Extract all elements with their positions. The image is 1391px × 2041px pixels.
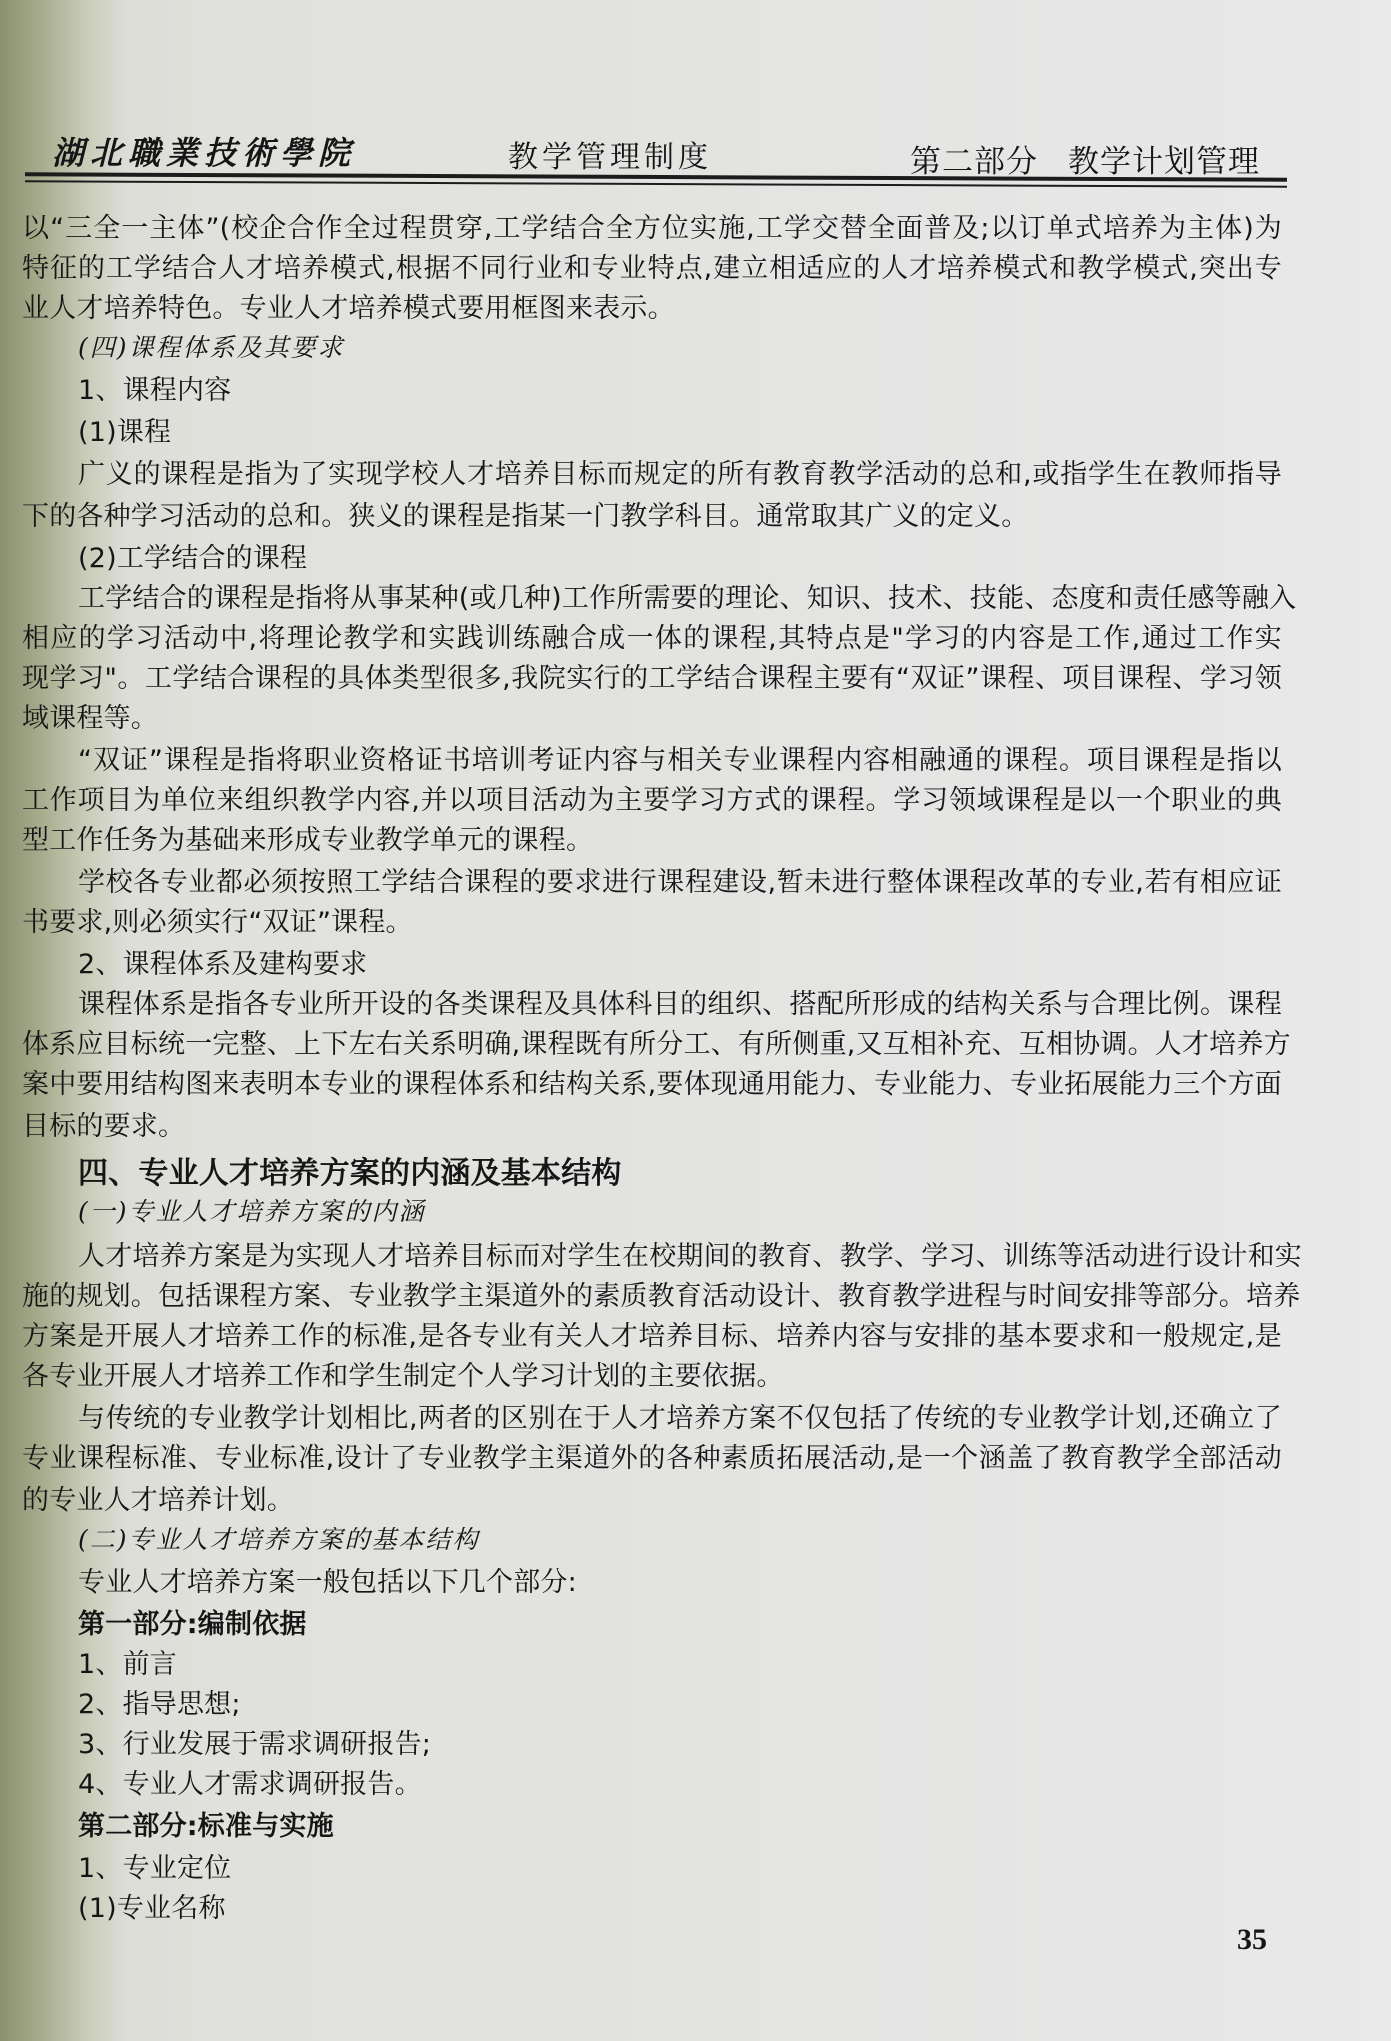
paragraph-line: 专业课程标准、专业标准,设计了专业教学主渠道外的各种素质拓展活动,是一个涵盖了教… <box>22 1436 1282 1475</box>
paragraph-line: 方案是开展人才培养工作的标准,是各专业有关人才培养目标、培养内容与安排的基本要求… <box>22 1314 1282 1353</box>
school-name: 湖北職業技術學院 <box>52 128 356 174</box>
paragraph-line: 工作项目为单位来组织教学内容,并以项目活动为主要学习方式的课程。学习领域课程是以… <box>22 778 1282 817</box>
paragraph-line: “双证”课程是指将职业资格证书培训考证内容与相关专业课程内容相融通的课程。项目课… <box>78 738 1282 777</box>
list-item: 1、前言 <box>78 1642 177 1681</box>
item-heading: 1、课程内容 <box>78 368 231 407</box>
section-title: 教学计划管理 <box>1068 144 1260 180</box>
list-item: 3、行业发展于需求调研报告; <box>78 1722 431 1761</box>
page-number: 35 <box>1237 1923 1267 1957</box>
paragraph-line: 案中要用结构图来表明本专业的课程体系和结构关系,要体现通用能力、专业能力、专业拓… <box>22 1062 1282 1101</box>
paragraph-line: 课程体系是指各专业所开设的各类课程及具体科目的组织、搭配所形成的结构关系与合理比… <box>78 982 1282 1021</box>
item-heading: (2)工学结合的课程 <box>78 536 307 575</box>
subsection-heading: (二)专业人才培养方案的基本结构 <box>78 1520 480 1556</box>
paragraph-line: 的专业人才培养计划。 <box>22 1478 294 1517</box>
paragraph-line: 相应的学习活动中,将理论教学和实践训练融合成一体的课程,其特点是"学习的内容是工… <box>22 616 1282 655</box>
list-item: 2、指导思想; <box>78 1682 241 1721</box>
list-item: (1)专业名称 <box>78 1886 226 1925</box>
header-rule-thin <box>25 180 1287 188</box>
part-heading: 第二部分:标准与实施 <box>78 1804 334 1843</box>
part-heading: 第一部分:编制依据 <box>78 1602 307 1641</box>
running-header: 湖北職業技術學院 教学管理制度 第二部分教学计划管理 <box>22 120 1280 180</box>
paragraph-line: 施的规划。包括课程方案、专业教学主渠道外的素质教育活动设计、教育教学进程与时间安… <box>22 1274 1282 1313</box>
paragraph-line: 与传统的专业教学计划相比,两者的区别在于人才培养方案不仅包括了传统的专业教学计划… <box>78 1396 1282 1435</box>
paragraph-line: 书要求,则必须实行“双证”课程。 <box>22 900 413 939</box>
section-part: 第二部分 <box>910 144 1038 180</box>
section-label: 第二部分教学计划管理 <box>910 136 1260 181</box>
list-item: 1、专业定位 <box>78 1846 231 1885</box>
paragraph-line: 域课程等。 <box>22 696 158 735</box>
paragraph-line: 专业人才培养方案一般包括以下几个部分: <box>78 1560 577 1599</box>
paragraph-line: 特征的工学结合人才培养模式,根据不同行业和专业特点,建立相适应的人才培养模式和教… <box>22 246 1282 285</box>
paragraph-line: 工学结合的课程是指将从事某种(或几种)工作所需要的理论、知识、技术、技能、态度和… <box>78 576 1282 615</box>
paragraph-line: 人才培养方案是为实现人才培养目标而对学生在校期间的教育、教学、学习、训练等活动进… <box>78 1234 1282 1273</box>
paragraph-line: 体系应目标统一完整、上下左右关系明确,课程既有所分工、有所侧重,又互相补充、互相… <box>22 1022 1282 1061</box>
paragraph-line: 目标的要求。 <box>22 1104 185 1143</box>
item-heading: (1)课程 <box>78 410 171 449</box>
subsection-heading: (一)专业人才培养方案的内涵 <box>78 1192 426 1228</box>
subsection-heading: (四)课程体系及其要求 <box>78 328 345 364</box>
paragraph-line: 广义的课程是指为了实现学校人才培养目标而规定的所有教育教学活动的总和,或指学生在… <box>78 452 1282 491</box>
document-page: 湖北職業技術學院 教学管理制度 第二部分教学计划管理 以“三全一主体”(校企合作… <box>0 0 1391 2041</box>
item-heading: 2、课程体系及建构要求 <box>78 942 367 981</box>
paragraph-line: 业人才培养特色。专业人才培养模式要用框图来表示。 <box>22 286 675 325</box>
book-title: 教学管理制度 <box>508 132 712 176</box>
paragraph-line: 下的各种学习活动的总和。狭义的课程是指某一门教学科目。通常取其广义的定义。 <box>22 494 1028 533</box>
paragraph-line: 各专业开展人才培养工作和学生制定个人学习计划的主要依据。 <box>22 1354 784 1393</box>
paragraph-line: 学校各专业都必须按照工学结合课程的要求进行课程建设,暂未进行整体课程改革的专业,… <box>78 860 1282 899</box>
list-item: 4、专业人才需求调研报告。 <box>78 1762 422 1801</box>
paragraph-line: 以“三全一主体”(校企合作全过程贯穿,工学结合全方位实施,工学交替全面普及;以订… <box>22 206 1282 245</box>
section-heading: 四、专业人才培养方案的内涵及基本结构 <box>78 1148 622 1192</box>
paragraph-line: 现学习"。工学结合课程的具体类型很多,我院实行的工学结合课程主要有“双证”课程、… <box>22 656 1282 695</box>
paragraph-line: 型工作任务为基础来形成专业教学单元的课程。 <box>22 818 593 857</box>
